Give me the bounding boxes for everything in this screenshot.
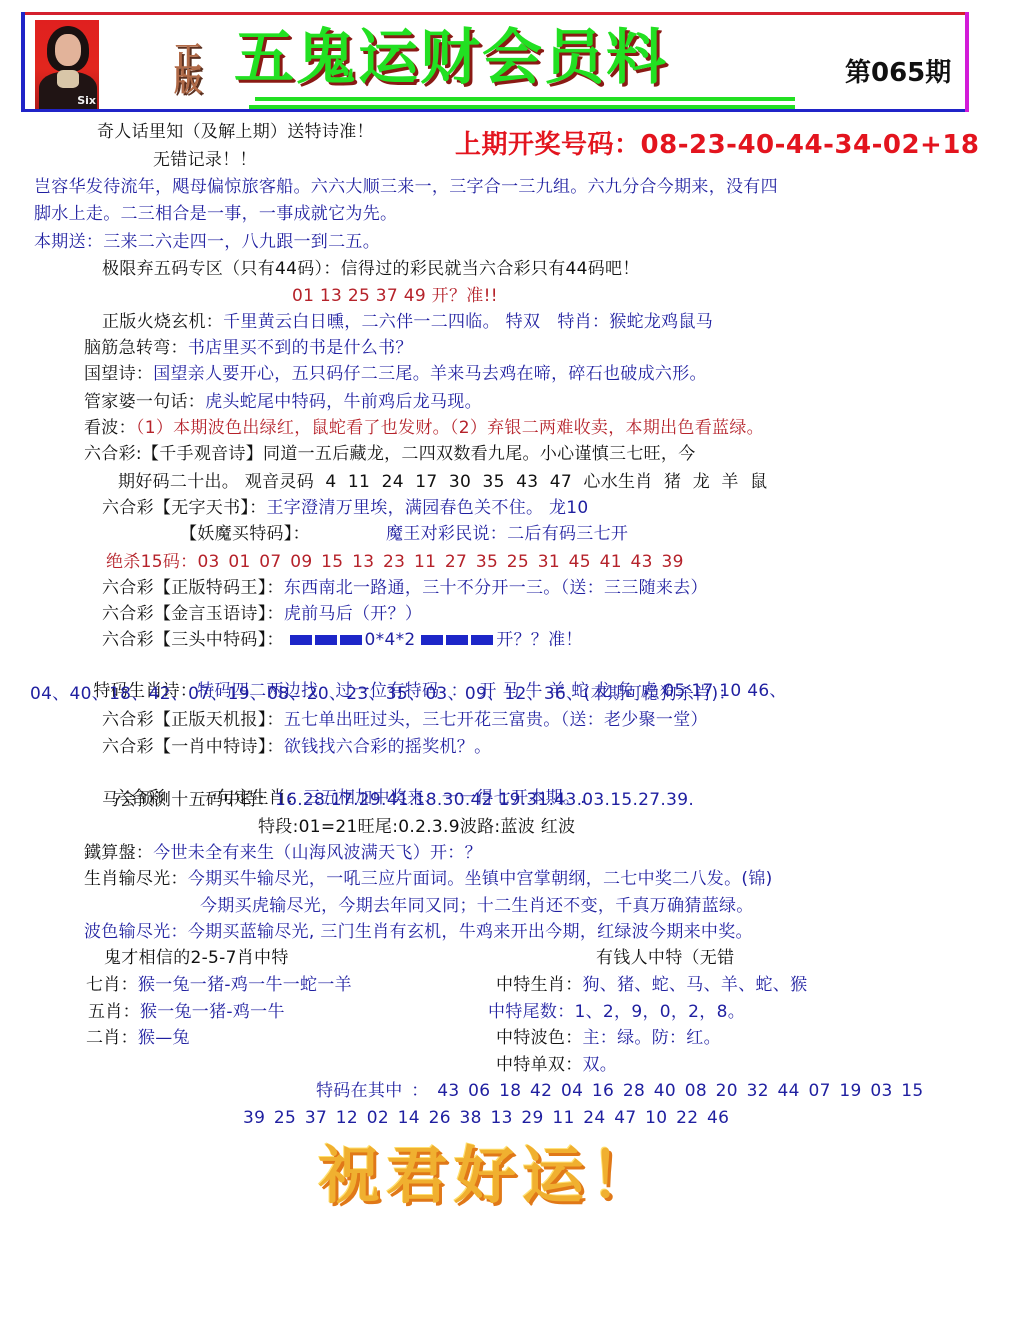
ghost-row: 五肖：猴一兔一猪-鸡一牛: [88, 1000, 285, 1024]
santou-line: 六合彩【三头中特码】： 0*4*2 开？？准！: [102, 628, 583, 652]
portrait-photo: Six: [35, 20, 99, 109]
page-title: 五鬼运财会员料: [234, 25, 668, 91]
title-underline: [255, 97, 795, 101]
guanyin-line-1: 六合彩:【千手观音诗】同道一五后藏龙，二四双数看九尾。小心谨慎三七旺，今: [84, 442, 696, 466]
ghost-title: 鬼才相信的2-5-7肖中特: [104, 946, 289, 970]
rich-row: 中特单双：双。: [496, 1053, 617, 1077]
extreme-numbers: 01 13 25 37 49 开？准!!: [292, 284, 498, 308]
mahui-line: 马会预测十五码中特：16.28.17.29.41.18.30.42 19.31.…: [102, 788, 694, 812]
butler-line: 管家婆一句话：虎头蛇尾中特码，牛前鸡后龙马现。: [84, 390, 482, 414]
rich-title: 有钱人中特（无错: [596, 946, 734, 970]
poem-send: 本期送：三来二六走四一，八九跟一到二五。: [34, 230, 380, 254]
wuzi-line: 六合彩【无字天书】：王字澄清万里埃，满园春色关不住。 龙10: [102, 496, 589, 520]
edition-mark: 正版: [171, 42, 201, 90]
ghost-row: 二肖：猴—兔: [86, 1026, 190, 1050]
rich-row: 中特尾数：1、2，9，0，2，8。: [488, 1000, 745, 1024]
color-lose-line: 波色输尽光：今期买蓝输尽光, 三门生肖有玄机，牛鸡来开出今期，红绿波今期来中奖。: [84, 920, 753, 944]
riddle-line: 脑筋急转弯：书店里买不到的书是什么书？: [84, 336, 413, 360]
border-bottom: [21, 109, 969, 112]
previous-draw-numbers: 08-23-40-44-34-02+18: [641, 130, 980, 160]
guowang-line: 国望诗：国望亲人要开心，五只码仔二三尾。羊来马去鸡在啼，碎石也破成六形。: [84, 362, 707, 386]
header-banner: Six 正版 五鬼运财会员料 第065期: [21, 12, 969, 112]
poem-line-1: 岂容华发待流年，飓母偏惊旅客船。六六大顺三来一，三字合一三九组。六九分合今期来，…: [34, 175, 778, 199]
kill15-line: 绝杀15码：03 01 07 09 15 13 23 11 27 35 25 3…: [106, 550, 684, 574]
poem-send-label: 本期送：: [34, 232, 103, 252]
title-underline: [249, 105, 795, 109]
special-in-line-1: 特码在其中 ： 43 06 18 42 04 16 28 40 08 20 32…: [316, 1079, 924, 1103]
previous-draw-label: 上期开奖号码：: [455, 130, 641, 160]
border-top: [21, 12, 969, 15]
intro-line-2: 无错记录！！: [153, 148, 257, 172]
guanyin-line-2: 期好码二十出。 观音灵码 4 11 24 17 30 35 43 47 心水生肖…: [118, 470, 767, 494]
border-left: [21, 12, 25, 112]
farewell-banner: 祝君好运！: [318, 1126, 658, 1215]
ghost-row: 七肖：猴一兔一猪-鸡一牛一蛇一羊: [86, 973, 352, 997]
intro-line-1: 奇人话里知（及解上期）送特诗准！: [97, 120, 374, 144]
fire-line: 正版火烧玄机：千里黄云白日曛，二六伴一二四临。 特双 特肖：猴蛇龙鸡鼠马: [102, 310, 713, 334]
yaomo-text: 魔王对彩民说：二后有码三七开: [386, 522, 628, 546]
tianji-line: 六合彩【正版天机报】：五七单出旺过头，三七开花三富贵。（送：老少聚一堂）: [102, 708, 708, 732]
issue-number: 第065期: [845, 52, 951, 89]
poem-line-2: 脚水上走。二三相合是一事，一事成就它为先。: [34, 202, 397, 226]
extreme-label: 极限弃五码专区（只有44码）：信得过的彩民就当六合彩只有44码吧！: [102, 257, 640, 281]
previous-draw: 上期开奖号码：08-23-40-44-34-02+18: [455, 124, 980, 161]
zodiac-lose-line-1: 生肖输尽光：今期买牛输尽光，一吼三应片面词。坐镇中宫掌朝纲，二七中奖二八发。(锦…: [84, 867, 773, 891]
rich-row: 中特生肖：狗、猪、蛇、马、羊、蛇、猴: [496, 973, 807, 997]
abacus-line: 鐵算盤：今世未全有来生（山海风波满天飞）开：？: [84, 841, 482, 865]
zodiac-lose-line-2: 今期买虎输尽光，今期去年同又同；十二生肖还不变，千真万确猜蓝绿。: [200, 894, 754, 918]
photo-tag: Six: [77, 94, 96, 107]
yixiao-line: 六合彩【一肖中特诗】：欲钱找六合彩的摇奖机？。: [102, 735, 491, 759]
zodiac-poem-line-2: 04、40、18、42、07、19、08、20、23、35、03、09、12、3…: [30, 682, 736, 706]
wave-line: 看波：（1）本期波色出绿红，鼠蛇看了也发财。（2）弃银二两难收卖，本期出色看蓝绿…: [84, 416, 764, 440]
teduan-line: 特段:01=21旺尾:0.2.3.9波路:蓝波 红波: [258, 815, 575, 839]
poem-send-text: 三来二六走四一，八九跟一到二五。: [103, 232, 380, 252]
border-right: [965, 12, 969, 112]
zhengban-king-line: 六合彩【正版特码王】：东西南北一路通，三十不分开一三。（送：三三随来去）: [102, 576, 708, 600]
yaomo-line: 【妖魔买特码】：: [180, 522, 310, 546]
jinyan-line: 六合彩【金言玉语诗】：虎前马后（开？）: [102, 602, 422, 626]
rich-row: 中特波色：主：绿。防：红。: [496, 1026, 721, 1050]
